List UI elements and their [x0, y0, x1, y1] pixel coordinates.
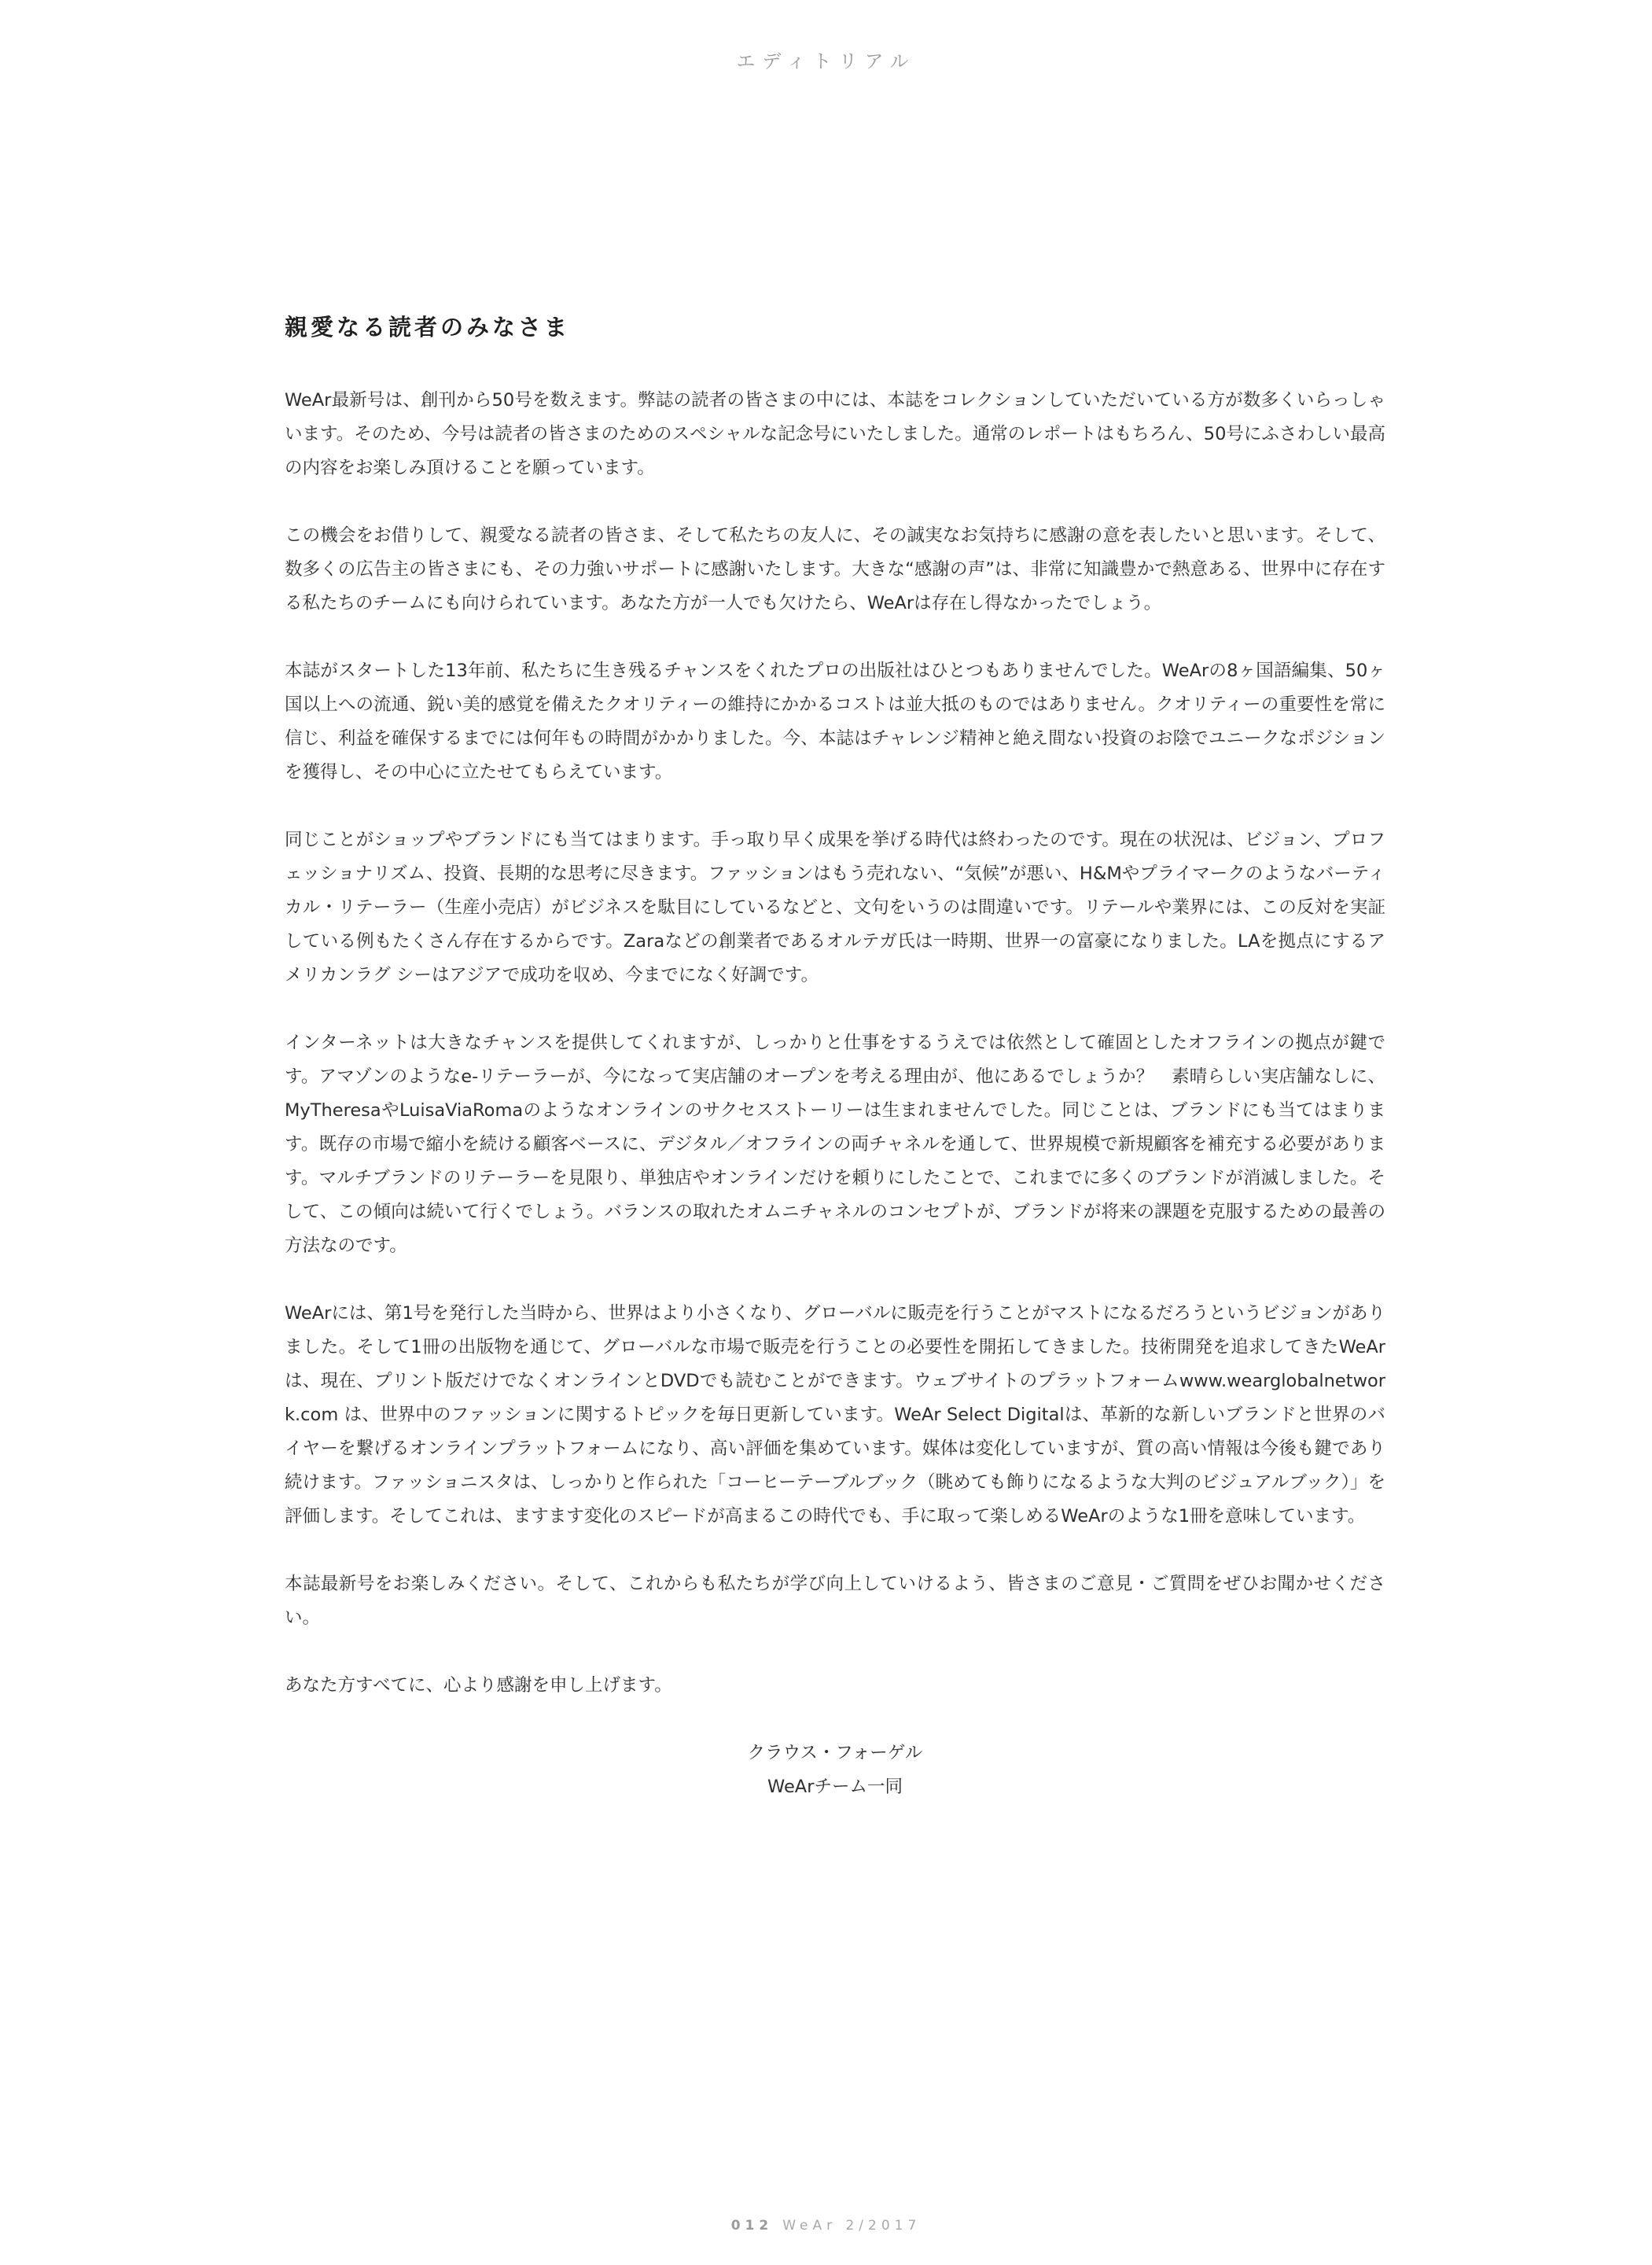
salutation-heading: 親愛なる読者のみなさま: [285, 311, 1385, 343]
paragraph-retail: 同じことがショップやブランドにも当てはまります。手っ取り早く成果を挙げる時代は終…: [285, 823, 1385, 993]
paragraph-feedback: 本誌最新号をお楽しみください。そして、これからも私たちが学び向上していけるよう、…: [285, 1567, 1385, 1635]
page-folio: 012WeAr 2/2017: [0, 2218, 1652, 2234]
page-number: 012: [731, 2218, 774, 2234]
paragraph-omnichannel: インターネットは大きなチャンスを提供してくれますが、しっかりと仕事をするうえでは…: [285, 1026, 1385, 1263]
section-label: エディトリアル: [0, 46, 1652, 73]
signature-team: WeArチーム一同: [285, 1770, 1385, 1804]
paragraph-vision: WeArには、第1号を発行した当時から、世界はより小さくなり、グローバルに販売を…: [285, 1297, 1385, 1534]
signature-block: クラウス・フォーゲル WeArチーム一同: [285, 1736, 1385, 1804]
closing-line: あなた方すべてに、心より感謝を申し上げます。: [285, 1669, 1385, 1703]
signature-name: クラウス・フォーゲル: [285, 1736, 1385, 1770]
paragraph-anniversary: WeAr最新号は、創刊から50号を数えます。弊誌の読者の皆さまの中には、本誌をコ…: [285, 384, 1385, 485]
issue-label: WeAr 2/2017: [782, 2218, 921, 2234]
paragraph-thanks: この機会をお借りして、親愛なる読者の皆さま、そして私たちの友人に、その誠実なお気…: [285, 519, 1385, 621]
paragraph-history: 本誌がスタートした13年前、私たちに生き残るチャンスをくれたプロの出版社はひとつ…: [285, 654, 1385, 790]
editorial-article: 親愛なる読者のみなさま WeAr最新号は、創刊から50号を数えます。弊誌の読者の…: [285, 311, 1385, 1804]
